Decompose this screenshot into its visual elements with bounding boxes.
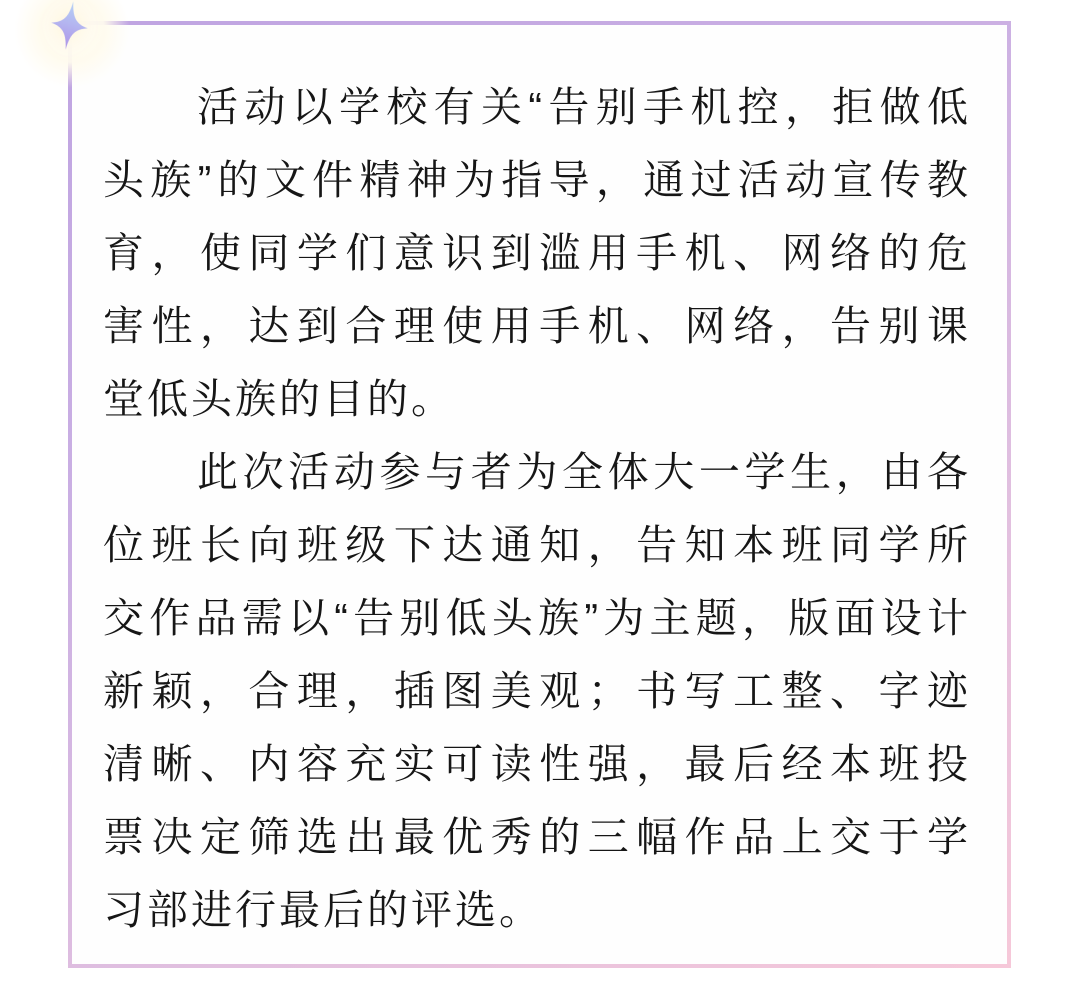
text-line: 新颖，合理，插图美观；书写工整、字迹 (103, 655, 971, 728)
text-line: 位班长向班级下达通知，告知本班同学所 (103, 509, 971, 582)
document-text: 活动以学校有关“告别手机控，拒做低 头族”的文件精神为指导，通过活动宣传教 育，… (72, 25, 1007, 947)
text-line: 此次活动参与者为全体大一学生，由各 (103, 436, 971, 509)
content-card: 活动以学校有关“告别手机控，拒做低 头族”的文件精神为指导，通过活动宣传教 育，… (68, 21, 1011, 968)
text-line: 交作品需以“告别低头族”为主题，版面设计 (103, 582, 971, 655)
text-line: 活动以学校有关“告别手机控，拒做低 (103, 71, 971, 144)
page-background: 活动以学校有关“告别手机控，拒做低 头族”的文件精神为指导，通过活动宣传教 育，… (0, 0, 1079, 995)
text-line: 习部进行最后的评选。 (103, 874, 971, 947)
text-line: 育，使同学们意识到滥用手机、网络的危 (103, 217, 971, 290)
text-line: 堂低头族的目的。 (103, 363, 971, 436)
text-line: 头族”的文件精神为指导，通过活动宣传教 (103, 144, 971, 217)
text-line: 害性，达到合理使用手机、网络，告别课 (103, 290, 971, 363)
sparkle-icon (47, 0, 91, 53)
text-line: 清晰、内容充实可读性强，最后经本班投 (103, 728, 971, 801)
text-line: 票决定筛选出最优秀的三幅作品上交于学 (103, 801, 971, 874)
